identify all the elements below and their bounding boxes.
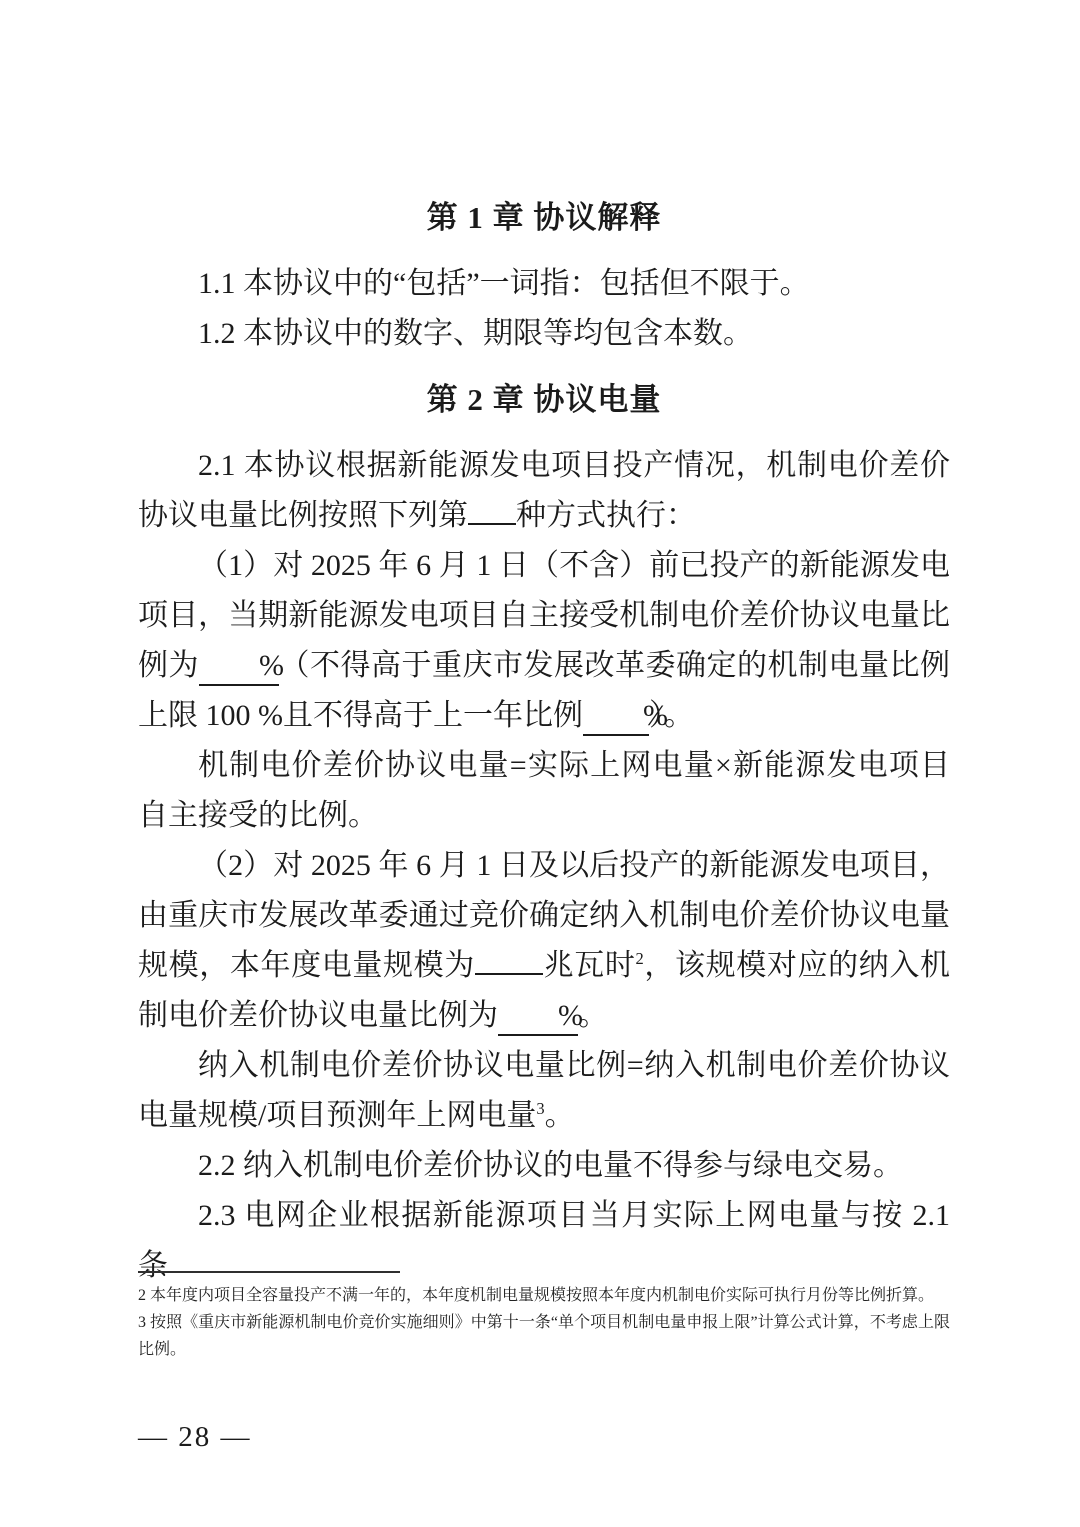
footnote-ref-2-icon: 2 — [635, 949, 643, 968]
document-content: 第 1 章 协议解释 1.1 本协议中的“包括”一词指：包括但不限于。 1.2 … — [138, 177, 950, 1291]
item-2-unit: 兆瓦时 — [543, 949, 636, 982]
footnote-3: 3 按照《重庆市新能源机制电价竞价实施细则》中第十一条“单个项目机制电量申报上限… — [138, 1309, 950, 1363]
blank-previous-year-ratio: % — [583, 698, 649, 736]
clause-1-2: 1.2 本协议中的数字、期限等均包含本数。 — [138, 309, 950, 359]
item-2-text-end: 。 — [578, 999, 608, 1032]
page-number: — 28 — — [138, 1417, 252, 1457]
formula-included-ratio: 纳入机制电价差价协议电量比例=纳入机制电价差价协议电量规模/项目预测年上网电量3… — [138, 1041, 950, 1141]
formula-mechanism-volume: 机制电价差价协议电量=实际上网电量×新能源发电项目自主接受的比例。 — [138, 741, 950, 841]
footnote-ref-3-icon: 3 — [536, 1099, 544, 1118]
footnote-separator-rule — [138, 1271, 400, 1273]
formula-2-text-end: 。 — [545, 1099, 575, 1132]
item-1-text-end: ）。 — [649, 699, 694, 732]
clause-1-1: 1.1 本协议中的“包括”一词指：包括但不限于。 — [138, 259, 950, 309]
document-page: 第 1 章 协议解释 1.1 本协议中的“包括”一词指：包括但不限于。 1.2 … — [0, 0, 1080, 1527]
clause-2-1-item-2: （2）对 2025 年 6 月 1 日及以后投产的新能源发电项目，由重庆市发展改… — [138, 841, 950, 1041]
blank-self-accepted-ratio: % — [199, 648, 279, 686]
blank-annual-scale — [475, 973, 543, 975]
chapter-1-title: 第 1 章 协议解释 — [138, 193, 950, 243]
footnote-2: 2 本年度内项目全容量投产不满一年的，本年度机制电量规模按照本年度内机制电价实际… — [138, 1282, 950, 1309]
clause-2-1: 2.1 本协议根据新能源发电项目投产情况，机制电价差价协议电量比例按照下列第种方… — [138, 441, 950, 541]
chapter-2-title: 第 2 章 协议电量 — [138, 375, 950, 425]
blank-mode-number — [468, 523, 516, 525]
clause-2-1-text-end: 种方式执行： — [516, 499, 696, 532]
footnotes-section: 2 本年度内项目全容量投产不满一年的，本年度机制电量规模按照本年度内机制电价实际… — [138, 1271, 950, 1363]
clause-2-2: 2.2 纳入机制电价差价协议的电量不得参与绿电交易。 — [138, 1141, 950, 1191]
clause-2-1-item-1: （1）对 2025 年 6 月 1 日（不含）前已投产的新能源发电项目，当期新能… — [138, 541, 950, 741]
blank-included-ratio: % — [498, 998, 578, 1036]
